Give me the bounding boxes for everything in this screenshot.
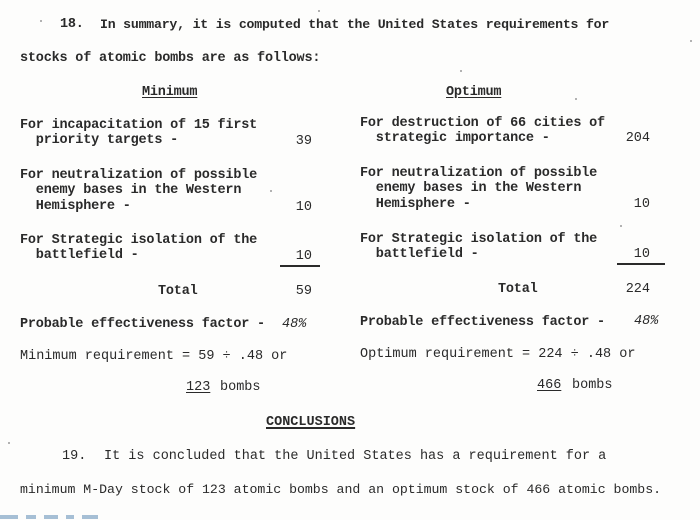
minimum-result-unit: bombs <box>220 380 261 395</box>
optimum-subtotal-rule <box>617 263 665 265</box>
optimum-total-value: 224 <box>614 282 650 297</box>
scan-speck <box>40 20 42 22</box>
scan-speck <box>690 40 692 42</box>
paragraph-19-line1: It is concluded that the United States h… <box>104 449 606 464</box>
minimum-item-3-line1: For Strategic isolation of the <box>20 233 257 248</box>
optimum-item-1-line1: For destruction of 66 cities of <box>360 116 605 131</box>
scan-speck <box>575 98 577 100</box>
minimum-item-3-line2: battlefield - <box>20 248 139 263</box>
minimum-item-2-line2: enemy bases in the Western <box>20 183 241 198</box>
minimum-requirement-line: Minimum requirement = 59 ÷ .48 or <box>20 349 287 364</box>
cropped-footer-text <box>0 515 120 520</box>
optimum-item-1-value: 204 <box>614 131 650 146</box>
minimum-item-1-line1: For incapacitation of 15 first <box>20 118 257 133</box>
scan-speck <box>620 225 622 227</box>
optimum-item-2-line1: For neutralization of possible <box>360 166 597 181</box>
optimum-result-unit: bombs <box>572 378 613 393</box>
optimum-heading: Optimum <box>446 85 501 100</box>
conclusions-heading: CONCLUSIONS <box>266 415 355 430</box>
paragraph-19-line2: minimum M-Day stock of 123 atomic bombs … <box>20 482 661 497</box>
optimum-item-3-line2: battlefield - <box>360 247 479 262</box>
document-page: 18. In summary, it is computed that the … <box>0 0 700 520</box>
minimum-subtotal-rule <box>280 265 320 267</box>
optimum-item-3-value: 10 <box>614 247 650 262</box>
minimum-item-2-line3: Hemisphere - <box>20 199 131 214</box>
scan-speck <box>460 70 462 72</box>
paragraph-18-number: 18. <box>60 17 84 32</box>
minimum-total-value: 59 <box>280 284 312 299</box>
minimum-factor-value: 48% <box>282 317 306 332</box>
optimum-factor-value: 48% <box>634 314 658 329</box>
minimum-total-label: Total <box>158 284 198 299</box>
optimum-item-2-line2: enemy bases in the Western <box>360 181 581 196</box>
scan-speck <box>318 10 320 12</box>
optimum-item-1-line2: strategic importance - <box>360 131 550 146</box>
optimum-result-number: 466 <box>537 378 561 393</box>
paragraph-18-line2: stocks of atomic bombs are as follows: <box>20 51 320 66</box>
optimum-item-2-value: 10 <box>614 197 650 212</box>
optimum-requirement-line: Optimum requirement = 224 ÷ .48 or <box>360 347 635 362</box>
paragraph-19-number: 19. <box>62 449 86 464</box>
minimum-heading: Minimum <box>142 85 197 100</box>
optimum-item-3-line1: For Strategic isolation of the <box>360 232 597 247</box>
minimum-item-1-line2: priority targets - <box>20 133 178 148</box>
minimum-item-2-line1: For neutralization of possible <box>20 168 257 183</box>
paragraph-18-line1: In summary, it is computed that the Unit… <box>100 17 609 32</box>
scan-speck <box>270 190 272 192</box>
minimum-result-number: 123 <box>186 380 210 395</box>
optimum-total-label: Total <box>498 282 538 297</box>
minimum-factor-label: Probable effectiveness factor - <box>20 317 265 332</box>
scan-speck <box>8 442 10 444</box>
minimum-item-2-value: 10 <box>280 200 312 215</box>
optimum-factor-label: Probable effectiveness factor - <box>360 315 605 330</box>
optimum-item-2-line3: Hemisphere - <box>360 197 471 212</box>
minimum-item-1-value: 39 <box>280 134 312 149</box>
minimum-item-3-value: 10 <box>280 249 312 264</box>
